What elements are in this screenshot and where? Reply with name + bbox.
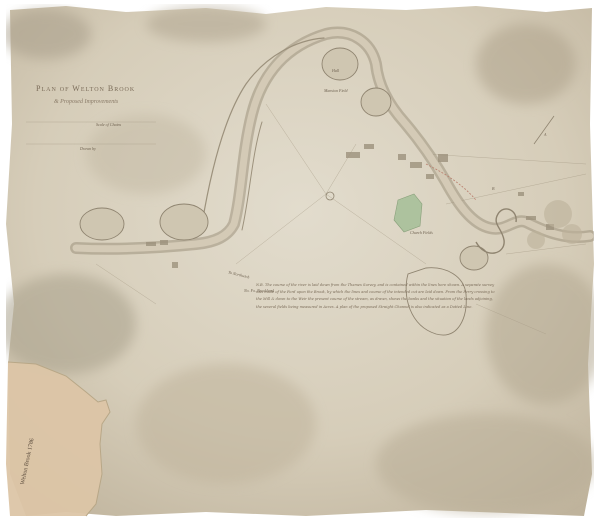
map-note: N.B. The course of the river is laid dow… (256, 282, 496, 311)
map-subtitle: & Proposed Improvements (54, 99, 118, 105)
map-title: Plan of Welton Brook (36, 84, 135, 93)
legend-line-2: Drawn by (80, 146, 96, 151)
field-label: Mansion Field (324, 88, 347, 93)
marker-b: B (492, 186, 494, 191)
legend-line-1: Scale of Chains (96, 122, 121, 127)
marker-a: A (544, 132, 546, 137)
hall-label: Hall (332, 68, 339, 73)
green-label: Church Fields (410, 230, 433, 235)
map-drawing (6, 4, 594, 518)
map-sheet: Plan of Welton Brook & Proposed Improvem… (6, 4, 594, 518)
